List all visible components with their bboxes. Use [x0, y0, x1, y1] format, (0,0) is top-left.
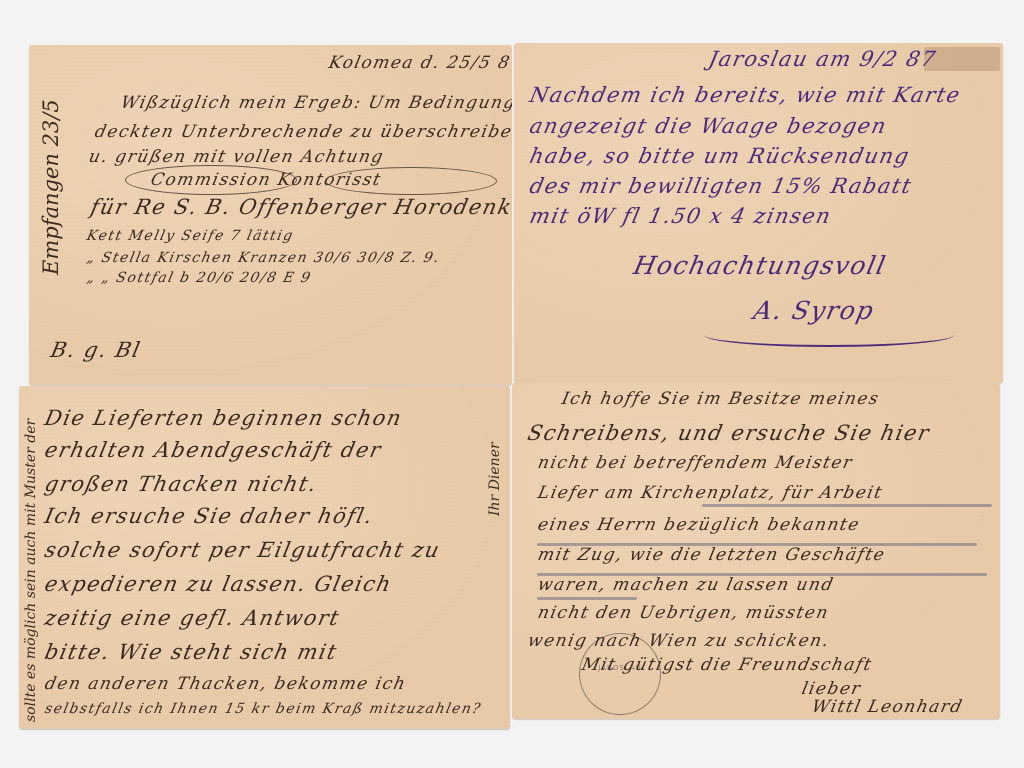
text-line: nicht bei betreffendem Meister — [536, 455, 854, 472]
text-line: Kett Melly Seife 7 lättig — [86, 229, 296, 243]
text-line: deckten Unterbrechende zu überschreiben — [93, 124, 512, 141]
text-line: großen Thacken nicht. — [43, 474, 320, 495]
pencil-strike — [702, 504, 992, 507]
signature: A. Syrop — [751, 298, 877, 323]
initials: B. g. Bl — [49, 340, 143, 361]
text-line: selbstfalls ich Ihnen 15 kr beim Kraß mi… — [44, 702, 483, 716]
text-line: „ Stella Kirschen Kranzen 30/6 30/8 Z. 9… — [86, 251, 442, 265]
text-line: habe, so bitte um Rücksendung — [528, 146, 912, 167]
text-line: Wißzüglich mein Ergeb: Um Bedingung — [119, 95, 512, 112]
text-line: wenig nach Wien zu schicken. — [526, 633, 831, 650]
text-line: Ich ersuche Sie daher höfl. — [43, 506, 376, 527]
postmark-text: JAROSLAU — [590, 664, 650, 672]
place-date: Jaroslau am 9/2 87 — [707, 49, 939, 70]
text-line: eines Herrn bezüglich bekannte — [536, 517, 861, 534]
signature-flourish — [704, 323, 954, 347]
text-line: „ „ Sottfal b 20/6 20/8 E 9 — [86, 271, 313, 285]
closing: Hochachtungsvoll — [631, 253, 889, 278]
postmark-stamp: JAROSLAU — [579, 633, 661, 715]
text-line: für Re S. B. Offenberger Horodenka — [89, 197, 512, 218]
postcard-top-left: Kolomea d. 25/5 87 Wißzüglich mein Ergeb… — [29, 45, 512, 385]
text-line: Nachdem ich bereits, wie mit Karte — [528, 85, 963, 106]
text-line: bitte. Wie steht sich mit — [43, 642, 340, 663]
text-line: nicht den Uebrigen, müssten — [536, 605, 830, 622]
text-line: angezeigt die Waage bezogen — [528, 116, 889, 137]
postcard-bottom-right: Ich hoffe Sie im Besitze meines Schreibe… — [512, 383, 1000, 719]
text-line: expedieren zu lassen. Gleich — [43, 574, 394, 595]
text-line: waren, machen zu lassen und — [536, 577, 835, 594]
text-line: solche sofort per Eilgutfracht zu — [43, 540, 443, 561]
text-line: Schreibens, und ersuche Sie hier — [526, 423, 932, 444]
text-line: Liefer am Kirchenplatz, für Arbeit — [536, 485, 884, 502]
text-line: den anderen Thacken, bekomme ich — [43, 676, 408, 693]
margin-right-vertical-note: Ihr Diener — [487, 442, 503, 516]
text-line: des mir bewilligten 15% Rabatt — [528, 176, 914, 197]
pencil-strike — [537, 597, 637, 600]
place-date: Kolomea d. 25/5 87 — [327, 55, 512, 72]
signature: Wittl Leonhard — [810, 699, 964, 716]
postcard-top-right: Jaroslau am 9/2 87 Nachdem ich bereits, … — [514, 43, 1003, 383]
postcard-bottom-left: Die Lieferten beginnen schon erhalten Ab… — [19, 386, 510, 729]
text-line: u. grüßen mit vollen Achtung — [87, 149, 385, 166]
text-line: Ich hoffe Sie im Besitze meines — [560, 391, 881, 408]
text-line: mit Zug, wie die letzten Geschäfte — [536, 547, 887, 564]
text-line: mit öW fl 1.50 x 4 zinsen — [528, 206, 834, 227]
closing: lieber — [800, 681, 863, 698]
margin-vertical-note: Empfangen 23/5 — [39, 99, 63, 275]
text-line: Die Lieferten beginnen schon — [43, 408, 404, 429]
margin-left-vertical-note: sollte es möglich sein auch mit Muster d… — [23, 419, 39, 722]
text-line: zeitig eine gefl. Antwort — [43, 608, 342, 629]
text-line: Commission Kontorisst — [149, 172, 383, 189]
text-line: erhalten Abendgeschäft der — [43, 440, 384, 461]
